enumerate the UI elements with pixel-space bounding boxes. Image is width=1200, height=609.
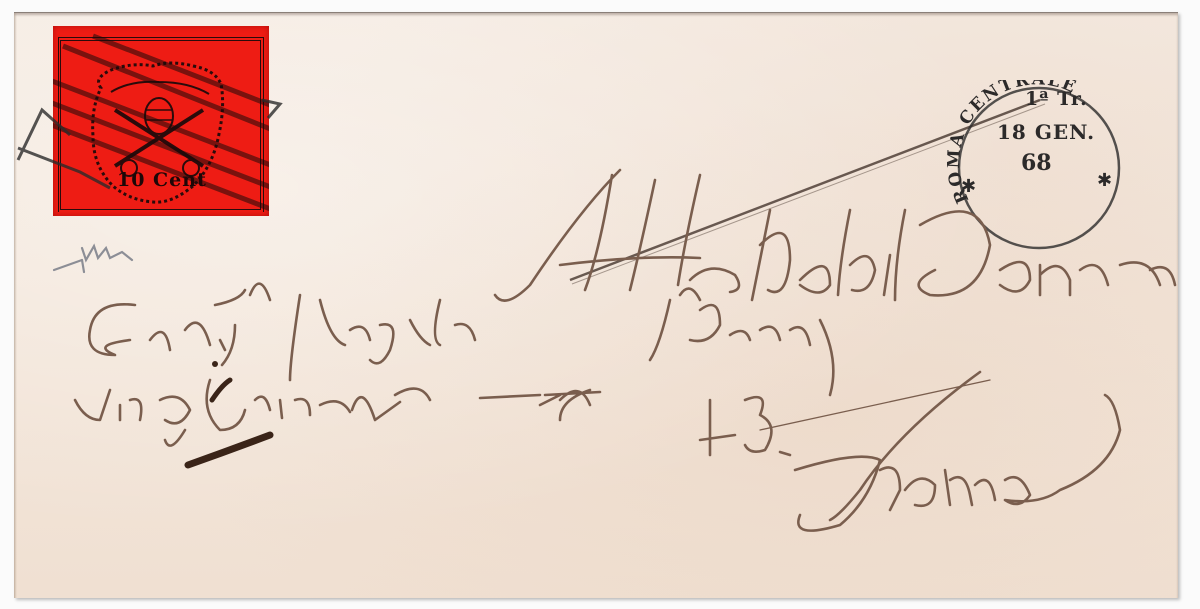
ink-smear	[188, 435, 270, 465]
handwritten-address	[0, 0, 1200, 609]
pencil-notation	[52, 238, 142, 288]
